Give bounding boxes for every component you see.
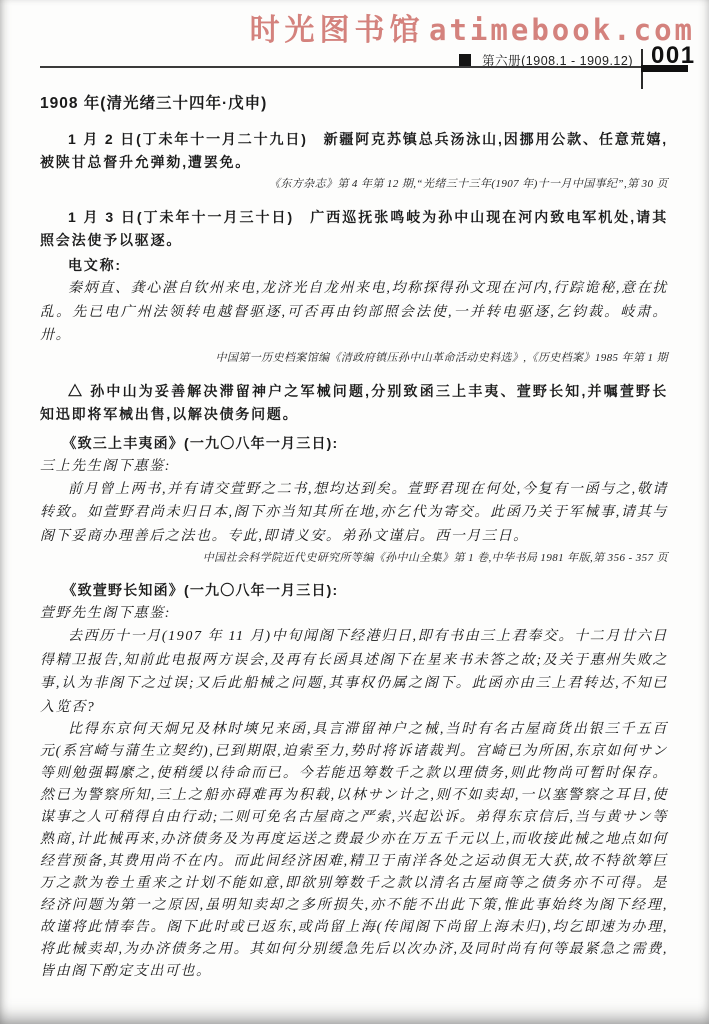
letter-body-kayano-2: 比得东京何天炯兄及林时塽兄来函,具言滞留神户之械,当时有名古屋商货出银三千五百元… (40, 719, 668, 983)
citation-sun-complete: 中国社会科学院近代史研究所等编《孙中山全集》第 1 卷,中华书局 1981 年版… (40, 551, 668, 565)
entry-paragraph-jan3: 1 月 3 日(丁未年十一月三十日) 广西巡抚张鸣岐为孙中山现在河内致电军机处,… (40, 206, 668, 252)
letter-title-kayano: 《致萱野长知函》(一九〇八年一月三日): (40, 579, 668, 602)
telegram-quote: 秦炳直、龚心湛自钦州来电,龙济光自龙州来电,均称探得孙文现在河内,行踪诡秘,意在… (40, 277, 668, 348)
entry-paragraph-sun: △ 孙中山为妥善解决滞留神户之军械问题,分别致函三上丰夷、萱野长知,并嘱萱野长知… (40, 380, 668, 426)
watermark-site-name: 时光图书馆 (250, 14, 425, 47)
citation-archives: 中国第一历史档案馆编《清政府镇压孙中山革命活动史料选》,《历史档案》1985 年… (40, 351, 668, 365)
watermark: 时光图书馆 atimebook.com (0, 5, 695, 49)
letter-title-mikami: 《致三上丰夷函》(一九〇八年一月三日): (40, 432, 668, 455)
bullet-square-icon (459, 54, 471, 66)
page-number-bar (641, 65, 688, 72)
telegram-intro: 电文称: (40, 254, 668, 277)
salutation-kayano: 萱野先生阁下惠鉴: (40, 602, 668, 625)
citation-dongfang: 《东方杂志》第 4 年第 12 期,“光绪三十三年(1907 年)十一月中国事纪… (40, 177, 668, 191)
entry-paragraph-jan2: 1 月 2 日(丁未年十一月二十九日) 新疆阿克苏镇总兵汤泳山,因挪用公款、任意… (40, 128, 668, 174)
scanned-book-page: 时光图书馆 atimebook.com 第六册(1908.1 - 1909.12… (0, 0, 709, 1024)
page-content: 1908 年(清光绪三十四年·戊申) 1 月 2 日(丁未年十一月二十九日) 新… (40, 88, 668, 983)
letter-body-kayano-1: 去西历十一月(1907 年 11 月)中旬闻阁下经港归日,即有书由三上君奉交。十… (40, 625, 668, 719)
header-rule (40, 66, 641, 68)
year-title: 1908 年(清光绪三十四年·戊申) (40, 94, 668, 113)
letter-body-mikami: 前月曾上两书,并有请交萱野之二书,想均达到矣。萱野君现在何处,今复有一函与之,敬… (40, 478, 668, 549)
salutation-mikami: 三上先生阁下惠鉴: (40, 455, 668, 478)
